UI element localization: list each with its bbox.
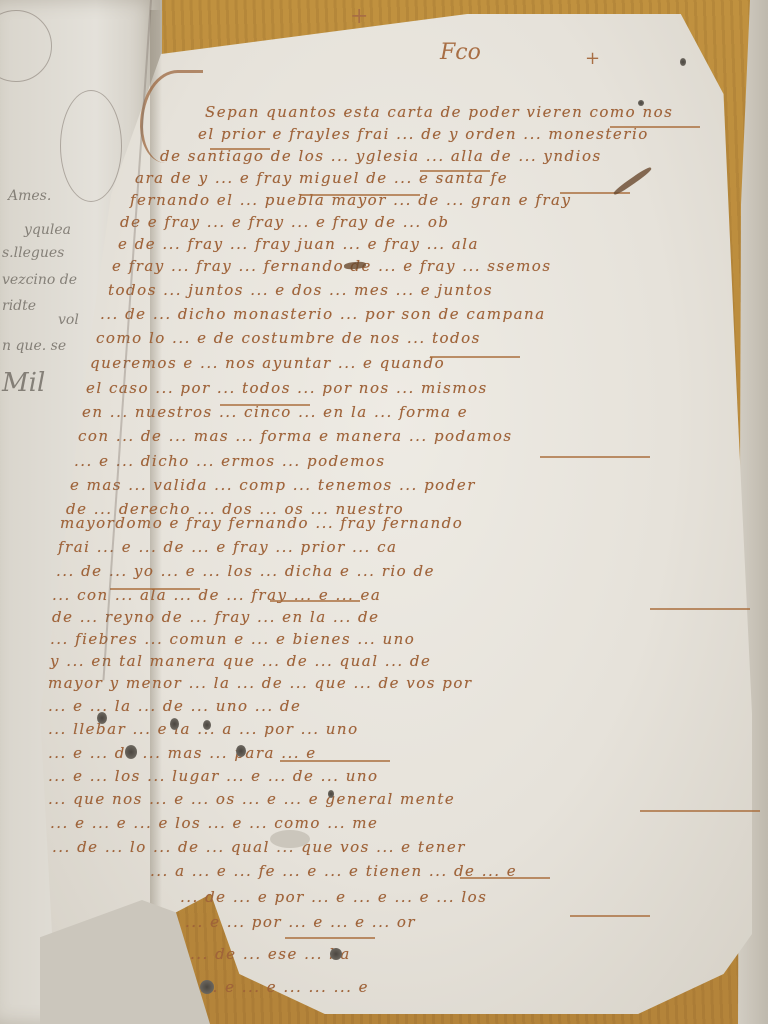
manuscript-line: ... de ... ese ... ha xyxy=(190,945,351,963)
wormhole xyxy=(200,980,214,994)
manuscript-line: el caso ... por ... todos ... por nos ..… xyxy=(86,379,488,397)
manuscript-line: ... e ... por ... e ... e ... or xyxy=(185,913,416,931)
manuscript-line: ... e ... la ... de ... uno ... de xyxy=(48,697,301,715)
abbreviation-stroke xyxy=(650,608,750,610)
manuscript-line: mayor y menor ... la ... de ... que ... … xyxy=(48,674,473,692)
manuscript-line: ara de y ... e fray miguel de ... e sant… xyxy=(135,169,508,187)
wormhole xyxy=(125,745,137,759)
abbreviation-stroke xyxy=(220,404,310,406)
manuscript-line: ... e ... de ... mas ... para ... e xyxy=(48,744,317,762)
manuscript-line: frai ... e ... de ... e fray ... prior .… xyxy=(58,538,397,556)
abbreviation-stroke xyxy=(285,937,375,939)
paper-damage xyxy=(270,830,310,848)
manuscript-line: de ... reyno de ... fray ... en la ... d… xyxy=(52,608,379,626)
manuscript-line: ... e ... dicho ... ermos ... podemos xyxy=(74,452,386,470)
manuscript-line: en ... nuestros ... cinco ... en la ... … xyxy=(82,403,468,421)
abbreviation-stroke xyxy=(420,170,490,172)
wormhole xyxy=(328,790,334,798)
manuscript-line: de e fray ... e fray ... e fray de ... o… xyxy=(120,213,450,231)
manuscript-line: ... e ... los ... lugar ... e ... de ...… xyxy=(48,767,379,785)
manuscript-line: ... de ... lo ... de ... qual ... que vo… xyxy=(52,838,466,856)
manuscript-line: Sepan quantos esta carta de poder vieren… xyxy=(205,103,673,121)
wormhole xyxy=(170,718,179,730)
wormhole xyxy=(236,745,246,757)
abbreviation-stroke xyxy=(570,915,650,917)
manuscript-line: e de ... fray ... fray juan ... e fray .… xyxy=(118,235,479,253)
wormhole xyxy=(638,100,644,106)
manuscript-line: de santiago de los ... yglesia ... alla … xyxy=(160,147,602,165)
manuscript-line: como lo ... e de costumbre de nos ... to… xyxy=(96,329,481,347)
abbreviation-stroke xyxy=(300,194,420,196)
abbreviation-stroke xyxy=(540,456,650,458)
abbreviation-stroke xyxy=(460,877,550,879)
manuscript-line: ... de ... dicho monasterio ... por son … xyxy=(100,305,546,323)
manuscript-line: todos ... juntos ... e dos ... mes ... e… xyxy=(108,281,493,299)
manuscript-line: y ... en tal manera que ... de ... qual … xyxy=(50,652,431,670)
abbreviation-stroke xyxy=(210,148,270,150)
manuscript-line: ... e ... e ... ... ... e xyxy=(200,978,369,996)
manuscript-line: ... e ... e ... e los ... e ... como ...… xyxy=(50,814,378,832)
abbreviation-stroke xyxy=(280,760,390,762)
abbreviation-stroke xyxy=(640,810,760,812)
wormhole xyxy=(330,948,342,960)
wormhole xyxy=(203,720,211,730)
manuscript-line: ... de ... yo ... e ... los ... dicha e … xyxy=(56,562,435,580)
abbreviation-stroke xyxy=(110,588,200,590)
abbreviation-stroke xyxy=(270,600,360,602)
wormhole xyxy=(680,58,686,66)
manuscript-line: con ... de ... mas ... forma e manera ..… xyxy=(78,427,513,445)
manuscript-line: ... de ... e por ... e ... e ... e ... l… xyxy=(180,888,487,906)
abbreviation-stroke xyxy=(610,126,700,128)
manuscript-line: el prior e frayles frai ... de y orden .… xyxy=(198,125,649,143)
abbreviation-stroke xyxy=(430,356,520,358)
wormhole xyxy=(97,712,107,724)
manuscript-line: ... que nos ... e ... os ... e ... e gen… xyxy=(48,790,455,808)
manuscript-line: e fray ... fray ... fernando de ... e fr… xyxy=(112,257,552,275)
manuscript-line: queremos e ... nos ayuntar ... e quando xyxy=(90,354,445,372)
manuscript-line: e mas ... valida ... comp ... tenemos ..… xyxy=(70,476,476,494)
manuscript-line: mayordomo e fray fernando ... fray ferna… xyxy=(60,514,463,532)
